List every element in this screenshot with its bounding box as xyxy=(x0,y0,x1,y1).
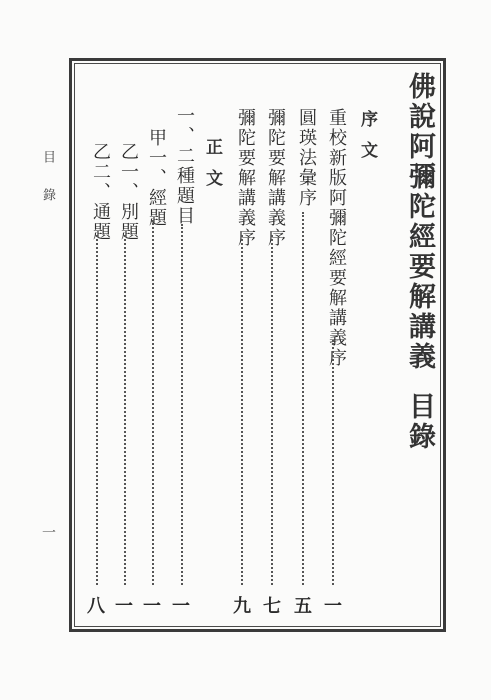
book-title: 佛說阿彌陀經要解講義目錄 xyxy=(400,72,439,452)
toc-page-number[interactable]: 一 xyxy=(140,592,164,618)
leader-dots xyxy=(152,220,154,585)
book-title-main: 佛說阿彌陀經要解講義 xyxy=(404,72,435,372)
toc-page-number[interactable]: 五 xyxy=(291,592,315,618)
section-heading-main-text: 正文 xyxy=(200,138,225,200)
leader-dots xyxy=(181,224,183,585)
toc-entry[interactable]: 彌陀要解講義序 xyxy=(262,108,288,248)
toc-page-number[interactable]: 一 xyxy=(169,592,193,618)
folio-page-number: 一 xyxy=(38,525,58,539)
leader-dots xyxy=(302,212,304,585)
leader-dots xyxy=(96,235,98,585)
leader-dots xyxy=(241,235,243,585)
toc-entry[interactable]: 彌陀要解講義序 xyxy=(232,108,258,248)
toc-page-number[interactable]: 一 xyxy=(112,592,136,618)
toc-entry[interactable]: 甲一、經題 xyxy=(143,128,169,228)
toc-page-number[interactable]: 八 xyxy=(84,592,108,618)
leader-dots xyxy=(271,235,273,585)
leader-dots xyxy=(124,235,126,585)
toc-entry[interactable]: 圓瑛法彙序 xyxy=(293,108,319,208)
toc-entry[interactable]: 一、二種題目 xyxy=(171,106,197,226)
toc-entry[interactable]: 乙二、通題 xyxy=(87,142,113,242)
leader-dots xyxy=(332,340,334,585)
toc-page-number[interactable]: 九 xyxy=(230,592,254,618)
toc-entry[interactable]: 乙一、別題 xyxy=(115,142,141,242)
toc-entry[interactable]: 重校新版阿彌陀經要解講義序 xyxy=(323,108,349,368)
book-title-suffix: 目錄 xyxy=(404,392,435,452)
running-header-2: 錄 xyxy=(38,188,57,201)
section-heading-preface: 序文 xyxy=(355,110,380,172)
running-header-1: 目 xyxy=(38,150,57,163)
toc-page-number[interactable]: 七 xyxy=(260,592,284,618)
toc-page-number[interactable]: 一 xyxy=(321,592,345,618)
